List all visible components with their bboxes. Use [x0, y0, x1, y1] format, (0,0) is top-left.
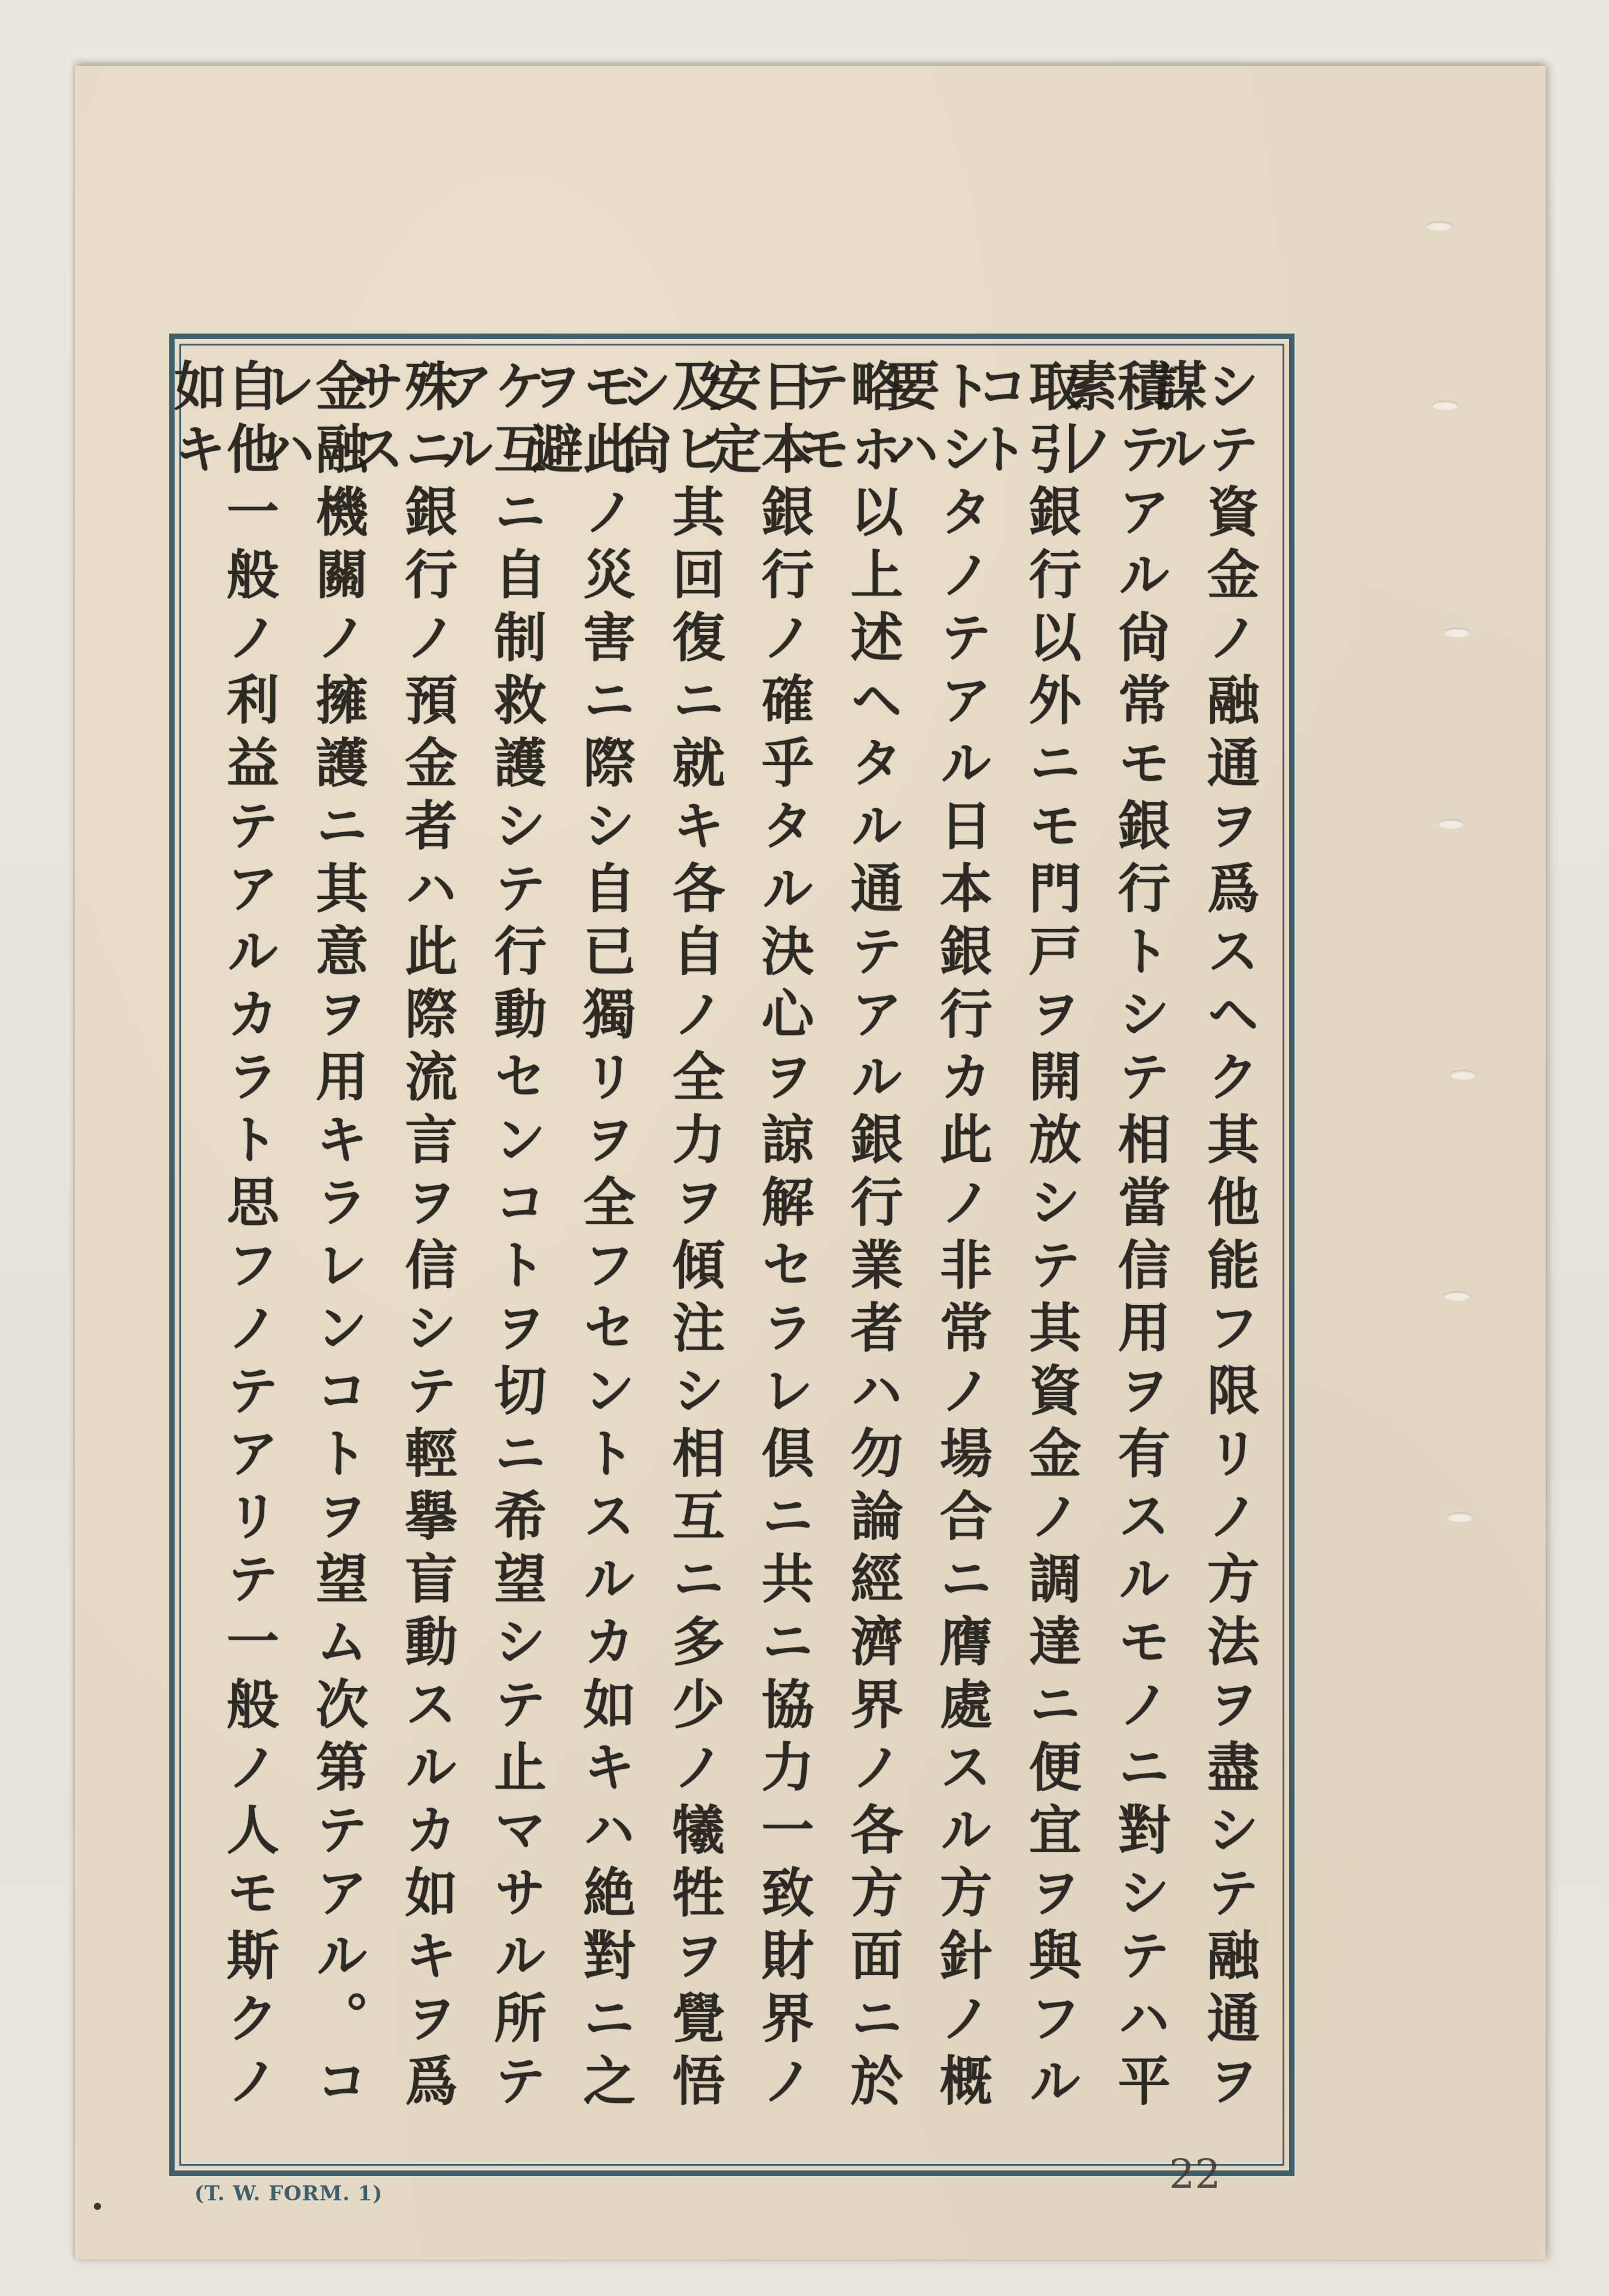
text-column-8: モ此ノ災害ニ際シ自已獨リヲ全フセントスルカ如キハ絶對ニ之ヲ避 — [566, 359, 631, 2146]
text-column-7: 及ヒ其回復ニ就キ各自ノ全力ヲ傾注シ相互ニ多少ノ犧牲ヲ覺悟シ尙 — [655, 359, 720, 2146]
vertical-text-body: シテ資金ノ融通ヲ爲スヘク其他能フ限リノ方法ヲ盡シテ融通ヲ謀ル 積テアル尙常モ銀行… — [197, 359, 1268, 2146]
binding-hole — [1447, 1512, 1473, 1522]
text-column-10: 殊ニ銀行ノ預金者ハ此際流言ヲ信シテ輕擧盲動スルカ如キヲ爲サス — [387, 359, 453, 2146]
text-column-5: 略ホ以上述ヘタル通テアル銀行業者ハ勿論經濟界ノ各方面ニ於テモ — [833, 359, 899, 2146]
text-column-12: 自他一般ノ利益テアルカラト思フノテアリテ一般ノ人モ斯クノ如キ — [209, 359, 275, 2146]
text-column-4: トシタノテアル日本銀行カ此ノ非常ノ場合ニ膺處スル方針ノ概要ハ — [923, 359, 988, 2146]
text-column-11: 金融機關ノ擁護ニ其意ヲ用キラレンコトヲ望ム次第テアル。コレハ — [298, 359, 364, 2146]
page-number: 22 — [1169, 2151, 1221, 2198]
binding-hole — [1426, 221, 1452, 231]
form-code-label: (T. W. FORM. 1) — [194, 2182, 383, 2206]
text-column-3: 取引銀行以外ニモ門戸ヲ開放シテ其資金ノ調達ニ便宜ヲ與フルコト — [1012, 359, 1077, 2146]
text-column-6: 日本銀行ノ確乎タル決心ヲ諒解セラレ倶ニ共ニ協力一致財界ノ安定 — [744, 359, 810, 2146]
binding-hole — [1450, 1070, 1476, 1080]
ink-speck — [94, 2203, 101, 2210]
binding-hole — [1444, 628, 1470, 637]
text-column-1: シテ資金ノ融通ヲ爲スヘク其他能フ限リノ方法ヲ盡シテ融通ヲ謀ル — [1190, 359, 1256, 2146]
text-column-9: ケ互ニ自制救護シテ行動センコトヲ切ニ希望シテ止マサル所テアル — [477, 359, 542, 2146]
binding-hole — [1438, 819, 1464, 828]
binding-hole — [1432, 400, 1458, 410]
text-column-2: 積テアル尙常モ銀行トシテ相當信用ヲ有スルモノニ對シテハ平素ノ — [1101, 359, 1167, 2146]
binding-hole — [1444, 1291, 1470, 1301]
